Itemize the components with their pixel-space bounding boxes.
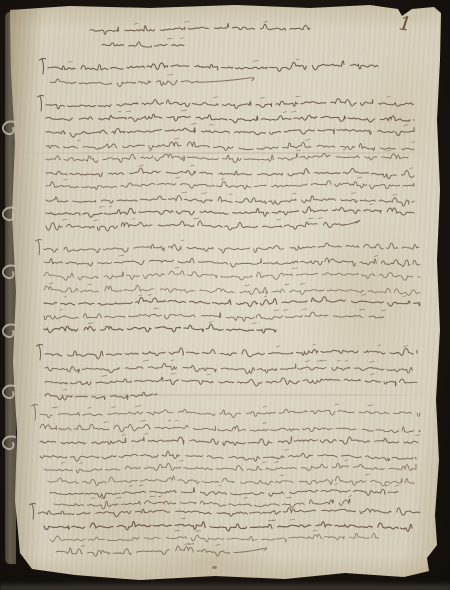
binding-threads <box>0 0 30 590</box>
manuscript-scan: 1 <box>0 0 450 590</box>
handwriting-ink <box>0 0 450 590</box>
manuscript-page: 1 <box>0 0 450 590</box>
scanner-bed-edge <box>0 581 450 590</box>
